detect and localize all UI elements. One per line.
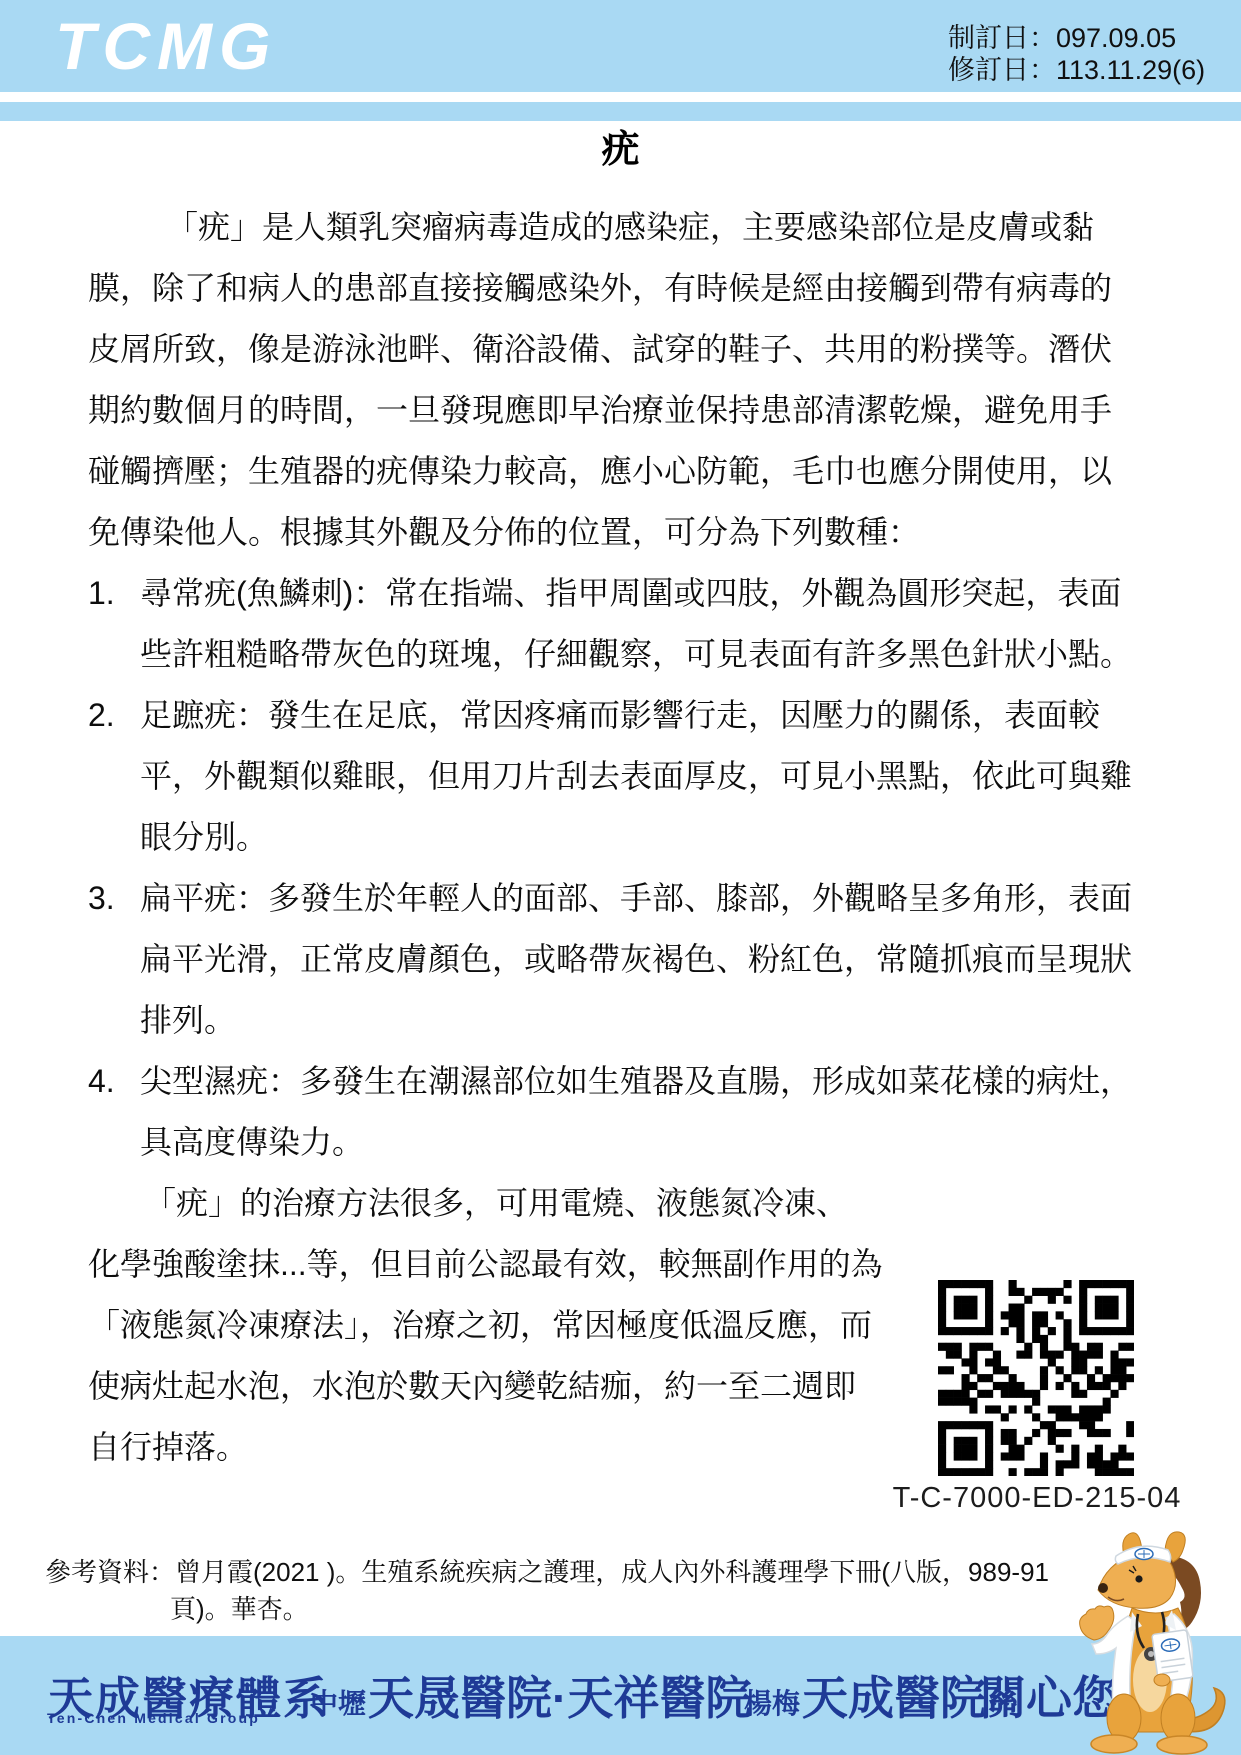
list-item-2: 2.足蹠疣：發生在足底，常因疼痛而影響行走，因壓力的關係，表面較 bbox=[88, 685, 1163, 746]
list-item-4-cont: 具高度傳染力。 bbox=[88, 1112, 1163, 1173]
list-item-text: 尖型濕疣：多發生在潮濕部位如生殖器及直腸，形成如菜花樣的病灶， bbox=[140, 1063, 1132, 1099]
tcmg-logo: TCMG bbox=[55, 8, 277, 84]
treatment-line: 「疣」的治療方法很多，可用電燒、液態氮冷凍、 bbox=[88, 1173, 1163, 1234]
intro-line: 碰觸擠壓；生殖器的疣傳染力較高，應小心防範，毛巾也應分開使用，以 bbox=[88, 441, 1163, 502]
intro-line: 皮屑所致，像是游泳池畔、衛浴設備、試穿的鞋子、共用的粉撲等。潛伏 bbox=[88, 319, 1163, 380]
created-date: 制訂日：097.09.05 bbox=[948, 22, 1205, 54]
document-page: TCMG 制訂日：097.09.05 修訂日：113.11.29(6) 疣 「疣… bbox=[0, 0, 1241, 1755]
reference-section: 參考資料：曾月霞(2021 )。生殖系統疾病之護理，成人內外科護理學下冊(八版，… bbox=[45, 1554, 1049, 1628]
kangaroo-nurse-mascot-icon bbox=[1062, 1528, 1238, 1755]
document-code: T-C-7000-ED-215-04 bbox=[872, 1482, 1202, 1515]
list-number: 2. bbox=[88, 685, 115, 746]
reference-text: 頁)。華杏。 bbox=[170, 1591, 1049, 1628]
revision-dates: 制訂日：097.09.05 修訂日：113.11.29(6) bbox=[948, 22, 1205, 86]
footer-hospital-yangmei: 天成醫院 bbox=[802, 1662, 986, 1728]
medical-group-name-en: Ten-Chen Medical Group bbox=[47, 1710, 260, 1726]
reference-text: 參考資料：曾月霞(2021 )。生殖系統疾病之護理，成人內外科護理學下冊(八版，… bbox=[45, 1554, 1049, 1591]
intro-line: 免傳染他人。根據其外觀及分佈的位置，可分為下列數種： bbox=[88, 502, 1163, 563]
list-item-1-cont: 些許粗糙略帶灰色的斑塊，仔細觀察，可見表面有許多黑色針狀小點。 bbox=[88, 624, 1163, 685]
list-number: 1. bbox=[88, 563, 115, 624]
list-number: 4. bbox=[88, 1051, 115, 1112]
footer-city-yangmei: 楊梅 bbox=[744, 1682, 800, 1722]
list-number: 3. bbox=[88, 868, 115, 929]
intro-line: 膜，除了和病人的患部直接接觸感染外，有時候是經由接觸到帶有病毒的 bbox=[88, 258, 1163, 319]
list-item-text: 扁平疣：多發生於年輕人的面部、手部、膝部，外觀略呈多角形，表面 bbox=[140, 880, 1132, 916]
list-item-text: 足蹠疣：發生在足底，常因疼痛而影響行走，因壓力的關係，表面較 bbox=[140, 697, 1100, 733]
list-item-3-cont: 扁平光滑，正常皮膚顏色，或略帶灰褐色、粉紅色，常隨抓痕而呈現狀 bbox=[88, 929, 1163, 990]
footer-hospitals-zhongli: 天晟醫院·天祥醫院 bbox=[368, 1662, 751, 1728]
qr-code-icon bbox=[938, 1280, 1134, 1476]
list-item-4: 4.尖型濕疣：多發生在潮濕部位如生殖器及直腸，形成如菜花樣的病灶， bbox=[88, 1051, 1163, 1112]
list-item-3-cont: 排列。 bbox=[88, 990, 1163, 1051]
revised-date: 修訂日：113.11.29(6) bbox=[948, 54, 1205, 86]
list-item-3: 3.扁平疣：多發生於年輕人的面部、手部、膝部，外觀略呈多角形，表面 bbox=[88, 868, 1163, 929]
intro-line: 期約數個月的時間，一旦發現應即早治療並保持患部清潔乾燥，避免用手 bbox=[88, 380, 1163, 441]
page-title: 疣 bbox=[0, 118, 1241, 173]
list-item-2-cont: 眼分別。 bbox=[88, 807, 1163, 868]
intro-line: 「疣」是人類乳突瘤病毒造成的感染症，主要感染部位是皮膚或黏 bbox=[88, 197, 1163, 258]
list-item-text: 尋常疣(魚鱗刺)：常在指端、指甲周圍或四肢，外觀為圓形突起，表面 bbox=[140, 575, 1121, 611]
list-item-1: 1.尋常疣(魚鱗刺)：常在指端、指甲周圍或四肢，外觀為圓形突起，表面 bbox=[88, 563, 1163, 624]
list-item-2-cont: 平，外觀類似雞眼，但用刀片刮去表面厚皮，可見小黑點，依此可與雞 bbox=[88, 746, 1163, 807]
footer-city-zhongli: 中壢 bbox=[310, 1682, 366, 1722]
